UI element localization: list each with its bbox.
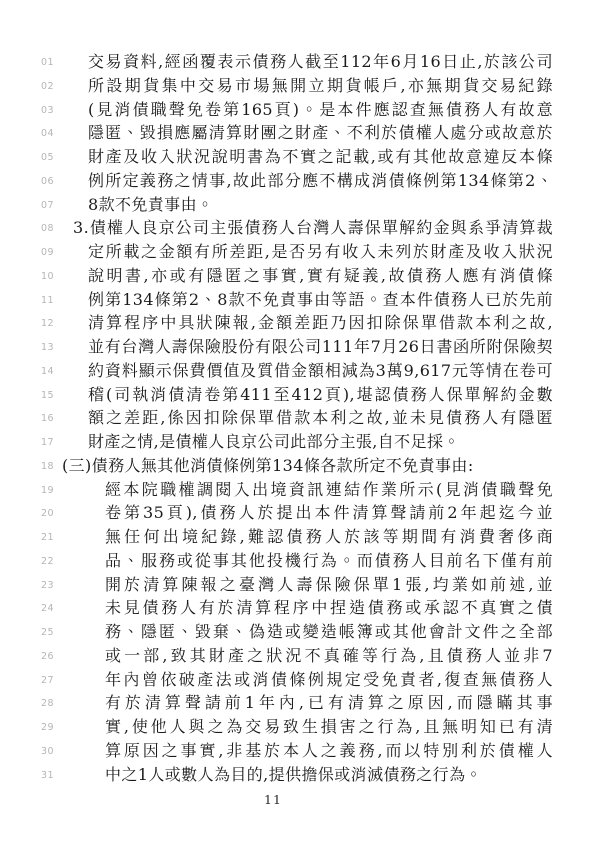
line-number-gutter: 21: [41, 526, 59, 550]
document-line: 18 (三)債務人無其他消債條例第134條各款所定不免責事由:: [0, 454, 595, 478]
line-number-gutter: 10: [41, 265, 59, 289]
line-number-gutter: 09: [41, 241, 59, 265]
line-number-gutter: 22: [41, 550, 59, 574]
line-text: 稽(司執消債清卷第411至412頁),堪認債務人保單解約金數: [88, 383, 553, 407]
document-line: 10 說明書,亦或有隱匿之事實,實有疑義,故債務人應有消債條: [0, 264, 595, 288]
line-number-gutter: 25: [41, 621, 59, 645]
line-number-gutter: 13: [41, 336, 59, 360]
document-line: 31 中之1人或數人為目的,提供擔保或消滅債務之行為。: [0, 763, 595, 787]
line-number-gutter: 11: [41, 289, 59, 313]
line-number-gutter: 28: [41, 692, 59, 716]
document-line: 12 清算程序中具狀陳報,金額差距乃因扣除保單借款本利之故,: [0, 311, 595, 335]
line-text: (三)債務人無其他消債條例第134條各款所定不免責事由:: [62, 454, 553, 478]
line-text: 所設期貨集中交易市場無開立期貨帳戶,亦無期貨交易紀錄: [88, 74, 553, 98]
document-line: 02 所設期貨集中交易市場無開立期貨帳戶,亦無期貨交易紀錄: [0, 74, 595, 98]
line-number-gutter: 29: [41, 716, 59, 740]
line-text: 8款不免責事由。: [88, 193, 553, 217]
document-line: 30 算原因之事實,非基於本人之義務,而以特別利於債權人: [0, 739, 595, 763]
line-number-gutter: 31: [41, 764, 59, 788]
document-line: 16 額之差距,係因扣除保單借款本利之故,並未見債務人有隱匿: [0, 406, 595, 430]
line-number-gutter: 17: [41, 431, 59, 455]
line-number-gutter: 30: [41, 740, 59, 764]
line-number-gutter: 12: [41, 312, 59, 336]
document-line: 11 例第134條第2、8款不免責事由等語。查本件債務人已於先前: [0, 288, 595, 312]
line-text: 中之1人或數人為目的,提供擔保或消滅債務之行為。: [105, 763, 553, 787]
document-line: 14 約資料顯示保費價值及質借金額相減為3萬9,617元等情在卷可: [0, 359, 595, 383]
line-container: 01 交易資料,經函覆表示債務人截至112年6月16日止,於該公司 02 所設期…: [0, 50, 595, 786]
document-line: 20 卷第35頁),債務人於提出本件清算聲請前2年起迄今並: [0, 501, 595, 525]
document-page: 01 交易資料,經函覆表示債務人截至112年6月16日止,於該公司 02 所設期…: [0, 0, 595, 842]
line-number-gutter: 02: [41, 75, 59, 99]
document-line: 03 (見消債職聲免卷第165頁)。是本件應認查無債務人有故意: [0, 98, 595, 122]
document-line: 21 無任何出境紀錄,難認債務人於該等期間有消費奢侈商: [0, 525, 595, 549]
line-number-gutter: 14: [41, 360, 59, 384]
line-number-gutter: 20: [41, 502, 59, 526]
line-text: 財產及收入狀況說明書為不實之記載,或有其他故意違反本條: [88, 145, 553, 169]
line-text: 務、隱匿、毀棄、偽造或變造帳簿或其他會計文件之全部: [105, 620, 553, 644]
line-text: 未見債務人有於清算程序中捏造債務或承認不真實之債: [105, 596, 553, 620]
document-line: 04 隱匿、毀損應屬清算財團之財產、不利於債權人處分或故意於: [0, 121, 595, 145]
line-text: 例所定義務之情事,故此部分應不構成消債條例第134條第2、: [88, 169, 553, 193]
document-line: 17 財產之情,是債權人良京公司此部分主張,自不足採。: [0, 430, 595, 454]
line-text: 並有台灣人壽保險股份有限公司111年7月26日書函所附保險契: [88, 335, 553, 359]
line-text: 無任何出境紀錄,難認債務人於該等期間有消費奢侈商: [105, 525, 553, 549]
line-text: 定所載之金額有所差距,是否另有收入未列於財產及收入狀況: [88, 240, 553, 264]
line-text: 清算程序中具狀陳報,金額差距乃因扣除保單借款本利之故,: [88, 311, 553, 335]
line-text: 實,使他人與之為交易致生損害之行為,且無明知已有清: [105, 715, 553, 739]
line-number-gutter: 18: [41, 455, 59, 479]
document-line: 29 實,使他人與之為交易致生損害之行為,且無明知已有清: [0, 715, 595, 739]
line-text: 經本院職權調閱入出境資訊連結作業所示(見消債職聲免: [105, 478, 553, 502]
line-number-gutter: 04: [41, 122, 59, 146]
line-text: (見消債職聲免卷第165頁)。是本件應認查無債務人有故意: [88, 98, 553, 122]
line-number-gutter: 07: [41, 194, 59, 218]
document-line: 28 有於清算聲請前1年內,已有清算之原因,而隱瞞其事: [0, 691, 595, 715]
document-line: 27 年內曾依破產法或消債條例規定受免責者,復查無債務人: [0, 668, 595, 692]
line-number-gutter: 27: [41, 669, 59, 693]
document-line: 05 財產及收入狀況說明書為不實之記載,或有其他故意違反本條: [0, 145, 595, 169]
document-line: 06 例所定義務之情事,故此部分應不構成消債條例第134條第2、: [0, 169, 595, 193]
line-text: 約資料顯示保費價值及質借金額相減為3萬9,617元等情在卷可: [88, 359, 553, 383]
document-line: 13 並有台灣人壽保險股份有限公司111年7月26日書函所附保險契: [0, 335, 595, 359]
document-line: 25 務、隱匿、毀棄、偽造或變造帳簿或其他會計文件之全部: [0, 620, 595, 644]
line-number-gutter: 16: [41, 407, 59, 431]
line-number-gutter: 08: [41, 217, 59, 241]
line-text: 3.債權人良京公司主張債務人台灣人壽保單解約金與系爭清算裁: [73, 216, 553, 240]
line-number-gutter: 06: [41, 170, 59, 194]
line-number-gutter: 03: [41, 99, 59, 123]
line-number-gutter: 24: [41, 597, 59, 621]
document-line: 24 未見債務人有於清算程序中捏造債務或承認不真實之債: [0, 596, 595, 620]
line-text: 或一部,致其財產之狀況不真確等行為,且債務人並非7: [105, 644, 553, 668]
document-line: 19 經本院職權調閱入出境資訊連結作業所示(見消債職聲免: [0, 478, 595, 502]
document-line: 09 定所載之金額有所差距,是否另有收入未列於財產及收入狀況: [0, 240, 595, 264]
line-number-gutter: 01: [41, 51, 59, 75]
line-text: 算原因之事實,非基於本人之義務,而以特別利於債權人: [105, 739, 553, 763]
line-text: 例第134條第2、8款不免責事由等語。查本件債務人已於先前: [88, 288, 553, 312]
line-text: 年內曾依破產法或消債條例規定受免責者,復查無債務人: [105, 668, 553, 692]
line-number-gutter: 23: [41, 574, 59, 598]
document-line: 23 開於清算陳報之臺灣人壽保險保單1張,均業如前述,並: [0, 573, 595, 597]
document-line: 08 3.債權人良京公司主張債務人台灣人壽保單解約金與系爭清算裁: [0, 216, 595, 240]
line-text: 開於清算陳報之臺灣人壽保險保單1張,均業如前述,並: [105, 573, 553, 597]
line-text: 隱匿、毀損應屬清算財團之財產、不利於債權人處分或故意於: [88, 121, 553, 145]
document-line: 07 8款不免責事由。: [0, 193, 595, 217]
line-text: 品、服務或從事其他投機行為。而債務人目前名下僅有前: [105, 549, 553, 573]
document-line: 22 品、服務或從事其他投機行為。而債務人目前名下僅有前: [0, 549, 595, 573]
line-text: 說明書,亦或有隱匿之事實,實有疑義,故債務人應有消債條: [88, 264, 553, 288]
line-text: 有於清算聲請前1年內,已有清算之原因,而隱瞞其事: [105, 691, 553, 715]
line-number-gutter: 19: [41, 479, 59, 503]
line-number-gutter: 05: [41, 146, 59, 170]
document-line: 15 稽(司執消債清卷第411至412頁),堪認債務人保單解約金數: [0, 383, 595, 407]
page-number: 11: [238, 792, 308, 807]
document-line: 01 交易資料,經函覆表示債務人截至112年6月16日止,於該公司: [0, 50, 595, 74]
line-text: 財產之情,是債權人良京公司此部分主張,自不足採。: [88, 430, 553, 454]
line-text: 卷第35頁),債務人於提出本件清算聲請前2年起迄今並: [105, 501, 553, 525]
line-text: 交易資料,經函覆表示債務人截至112年6月16日止,於該公司: [88, 50, 553, 74]
line-number-gutter: 15: [41, 384, 59, 408]
document-line: 26 或一部,致其財產之狀況不真確等行為,且債務人並非7: [0, 644, 595, 668]
line-number-gutter: 26: [41, 645, 59, 669]
line-text: 額之差距,係因扣除保單借款本利之故,並未見債務人有隱匿: [88, 406, 553, 430]
